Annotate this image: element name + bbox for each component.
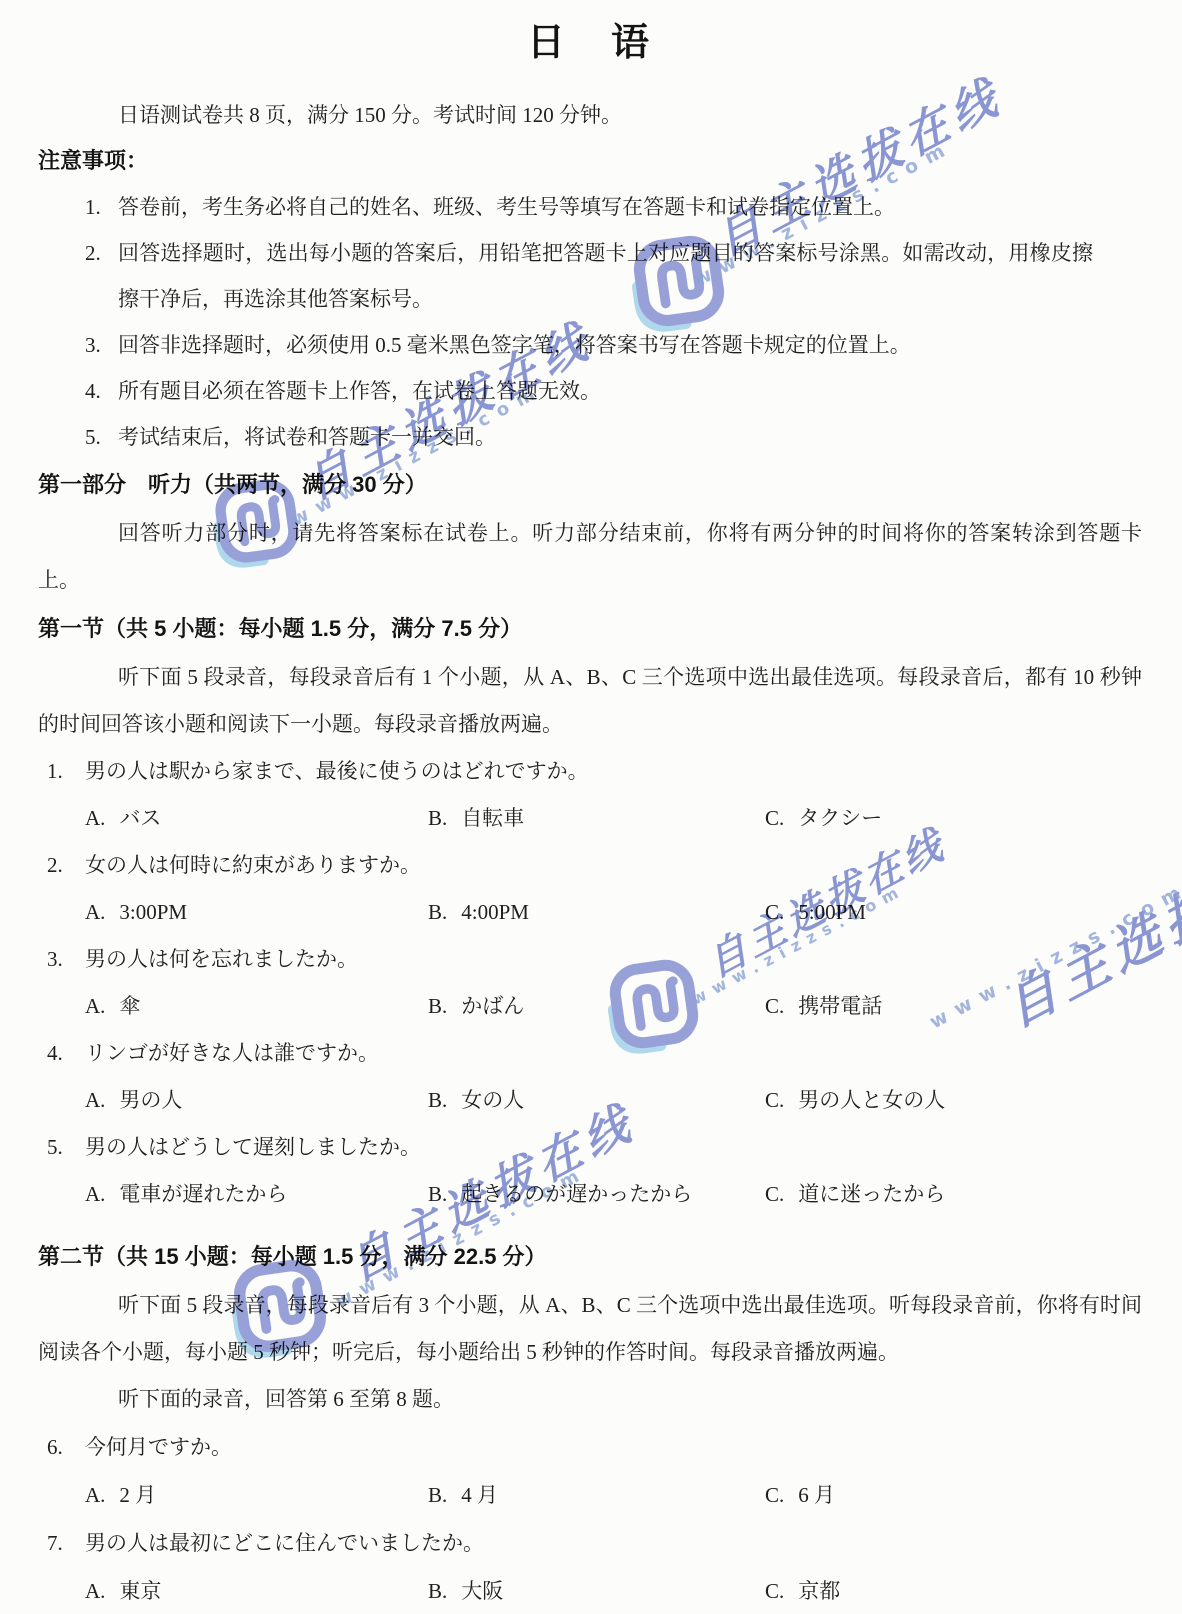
option-text: 道に迷ったから — [798, 1182, 945, 1206]
item-number: 2. — [85, 230, 101, 276]
option-b: B.自転車 — [428, 795, 524, 842]
option-text: 男の人と女の人 — [798, 1088, 945, 1112]
option-b: B.4:00PM — [428, 889, 529, 936]
notice-item: 5. 考试结束后，将试卷和答题卡一并交回。 — [38, 414, 1142, 460]
option-text: 電車が遅れたから — [119, 1182, 287, 1206]
options-row: A.東京 B.大阪 C.京都 — [38, 1567, 1142, 1614]
question-number: 6. — [47, 1423, 63, 1471]
question-row: 6. 今何月ですか。 — [38, 1423, 1142, 1471]
option-label: A. — [85, 1182, 105, 1206]
question-number: 2. — [47, 842, 63, 889]
option-text: 東京 — [119, 1579, 161, 1603]
question-row: 7. 男の人は最初にどこに住んでいましたか。 — [38, 1519, 1142, 1567]
option-text: 女の人 — [461, 1088, 524, 1112]
option-label: A. — [85, 1088, 105, 1112]
options-row: A.3:00PM B.4:00PM C.5:00PM — [38, 889, 1142, 936]
option-c: C.京都 — [765, 1567, 840, 1614]
option-text: バス — [119, 806, 161, 830]
section1-instruction: 听下面 5 段录音，每段录音后有 1 个小题，从 A、B、C 三个选项中选出最佳… — [38, 654, 1142, 748]
question-row: 5. 男の人はどうして遅刻しましたか。 — [38, 1124, 1142, 1171]
option-text: 傘 — [119, 994, 140, 1018]
option-label: C. — [765, 1088, 784, 1112]
question-text: 男の人はどうして遅刻しましたか。 — [85, 1135, 421, 1159]
notice-item: 2. 回答选择题时，选出每小题的答案后，用铅笔把答题卡上对应题目的答案标号涂黑。… — [38, 230, 1142, 322]
question-number: 7. — [47, 1519, 63, 1567]
exam-title: 日 语 — [38, 14, 1142, 72]
item-text: 答卷前，考生务必将自己的姓名、班级、考生号等填写在答题卡和试卷指定位置上。 — [118, 184, 1142, 230]
question-number: 5. — [47, 1124, 63, 1171]
part1-instruction: 回答听力部分时，请先将答案标在试卷上。听力部分结束前，你将有两分钟的时间将你的答… — [38, 510, 1142, 604]
question-text: 男の人は最初にどこに住んでいましたか。 — [85, 1531, 484, 1555]
option-a: A.電車が遅れたから — [85, 1171, 287, 1218]
option-a: A.3:00PM — [85, 889, 187, 936]
question-number: 3. — [47, 936, 63, 983]
item-text: 回答非选择题时，必须使用 0.5 毫米黑色签字笔，将答案书写在答题卡规定的位置上… — [118, 322, 1142, 368]
item-text: 所有题目必须在答题卡上作答，在试卷上答题无效。 — [118, 368, 1142, 414]
option-label: C. — [765, 806, 784, 830]
item-text: 考试结束后，将试卷和答题卡一并交回。 — [118, 414, 1142, 460]
option-label: A. — [85, 1579, 105, 1603]
option-b: B.大阪 — [428, 1567, 503, 1614]
option-label: B. — [428, 994, 447, 1018]
option-b: B.起きるのが遅かったから — [428, 1171, 692, 1218]
option-b: B.かばん — [428, 983, 524, 1030]
option-label: B. — [428, 1483, 447, 1507]
options-row: A.電車が遅れたから B.起きるのが遅かったから C.道に迷ったから — [38, 1171, 1142, 1218]
option-text: かばん — [461, 994, 524, 1018]
option-b: B.女の人 — [428, 1077, 524, 1124]
option-label: B. — [428, 1182, 447, 1206]
question-text: 男の人は何を忘れましたか。 — [85, 947, 358, 971]
option-text: 4 月 — [461, 1483, 498, 1507]
option-a: A.男の人 — [85, 1077, 182, 1124]
question-row: 3. 男の人は何を忘れましたか。 — [38, 936, 1142, 983]
notice-item: 3. 回答非选择题时，必须使用 0.5 毫米黑色签字笔，将答案书写在答题卡规定的… — [38, 322, 1142, 368]
option-a: A.傘 — [85, 983, 140, 1030]
option-label: B. — [428, 900, 447, 924]
option-label: C. — [765, 1182, 784, 1206]
option-label: B. — [428, 1579, 447, 1603]
option-c: C.5:00PM — [765, 889, 866, 936]
options-row: A.男の人 B.女の人 C.男の人と女の人 — [38, 1077, 1142, 1124]
item-text: 回答选择题时，选出每小题的答案后，用铅笔把答题卡上对应题目的答案标号涂黑。如需改… — [118, 230, 1093, 322]
option-text: 自転車 — [461, 806, 524, 830]
item-number: 5. — [85, 414, 101, 460]
option-a: A.2 月 — [85, 1471, 156, 1519]
exam-paper-page: 日 语 日语测试卷共 8 页，满分 150 分。考试时间 120 分钟。 注意事… — [0, 0, 1182, 1614]
document-content: 日 语 日语测试卷共 8 页，满分 150 分。考试时间 120 分钟。 注意事… — [0, 0, 1182, 1614]
option-text: 3:00PM — [119, 900, 187, 924]
option-text: 大阪 — [461, 1579, 503, 1603]
question-number: 4. — [47, 1030, 63, 1077]
section2: 第二节（共 15 小题：每小题 1.5 分，满分 22.5 分） 听下面 5 段… — [38, 1232, 1142, 1614]
option-label: A. — [85, 900, 105, 924]
option-label: C. — [765, 1483, 784, 1507]
option-text: タクシー — [798, 806, 882, 830]
option-text: 2 月 — [119, 1483, 156, 1507]
option-text: 5:00PM — [798, 900, 866, 924]
option-c: C.道に迷ったから — [765, 1171, 945, 1218]
section2-instruction: 听下面 5 段录音，每段录音后有 3 个小题，从 A、B、C 三个选项中选出最佳… — [38, 1282, 1142, 1376]
option-text: 京都 — [798, 1579, 840, 1603]
item-number: 4. — [85, 368, 101, 414]
option-label: A. — [85, 806, 105, 830]
section2-heading: 第二节（共 15 小题：每小题 1.5 分，满分 22.5 分） — [38, 1232, 1142, 1282]
option-label: B. — [428, 1088, 447, 1112]
option-label: A. — [85, 994, 105, 1018]
options-row: A.2 月 B.4 月 C.6 月 — [38, 1471, 1142, 1519]
notice-item: 1. 答卷前，考生务必将自己的姓名、班级、考生号等填写在答题卡和试卷指定位置上。 — [38, 184, 1142, 230]
option-label: C. — [765, 994, 784, 1018]
option-a: A.東京 — [85, 1567, 161, 1614]
option-a: A.バス — [85, 795, 161, 842]
option-c: C.タクシー — [765, 795, 882, 842]
option-label: C. — [765, 900, 784, 924]
section2-sub-instruction: 听下面的录音，回答第 6 至第 8 题。 — [38, 1376, 1142, 1423]
question-text: 今何月ですか。 — [85, 1435, 232, 1459]
question-row: 2. 女の人は何時に約束がありますか。 — [38, 842, 1142, 889]
option-b: B.4 月 — [428, 1471, 498, 1519]
options-row: A.傘 B.かばん C.携帯電話 — [38, 983, 1142, 1030]
option-c: C.携帯電話 — [765, 983, 882, 1030]
notice-heading: 注意事项： — [38, 138, 1142, 184]
option-label: A. — [85, 1483, 105, 1507]
question-text: 女の人は何時に約束がありますか。 — [85, 853, 421, 877]
part1-heading: 第一部分 听力（共两节，满分 30 分） — [38, 460, 1142, 510]
exam-intro-line: 日语测试卷共 8 页，满分 150 分。考试时间 120 分钟。 — [38, 92, 1142, 138]
notice-item: 4. 所有题目必须在答题卡上作答，在试卷上答题无效。 — [38, 368, 1142, 414]
question-row: 4. リンゴが好きな人は誰ですか。 — [38, 1030, 1142, 1077]
option-text: 4:00PM — [461, 900, 529, 924]
option-text: 携帯電話 — [798, 994, 882, 1018]
question-number: 1. — [47, 748, 63, 795]
item-number: 1. — [85, 184, 101, 230]
option-text: 6 月 — [798, 1483, 835, 1507]
option-text: 起きるのが遅かったから — [461, 1182, 692, 1206]
item-number: 3. — [85, 322, 101, 368]
option-c: C.6 月 — [765, 1471, 835, 1519]
question-text: リンゴが好きな人は誰ですか。 — [85, 1041, 379, 1065]
question-text: 男の人は駅から家まで、最後に使うのはどれですか。 — [85, 759, 589, 783]
section1-heading: 第一节（共 5 小题：每小题 1.5 分，满分 7.5 分） — [38, 604, 1142, 654]
options-row: A.バス B.自転車 C.タクシー — [38, 795, 1142, 842]
option-label: C. — [765, 1579, 784, 1603]
question-row: 1. 男の人は駅から家まで、最後に使うのはどれですか。 — [38, 748, 1142, 795]
option-c: C.男の人と女の人 — [765, 1077, 945, 1124]
option-label: B. — [428, 806, 447, 830]
option-text: 男の人 — [119, 1088, 182, 1112]
